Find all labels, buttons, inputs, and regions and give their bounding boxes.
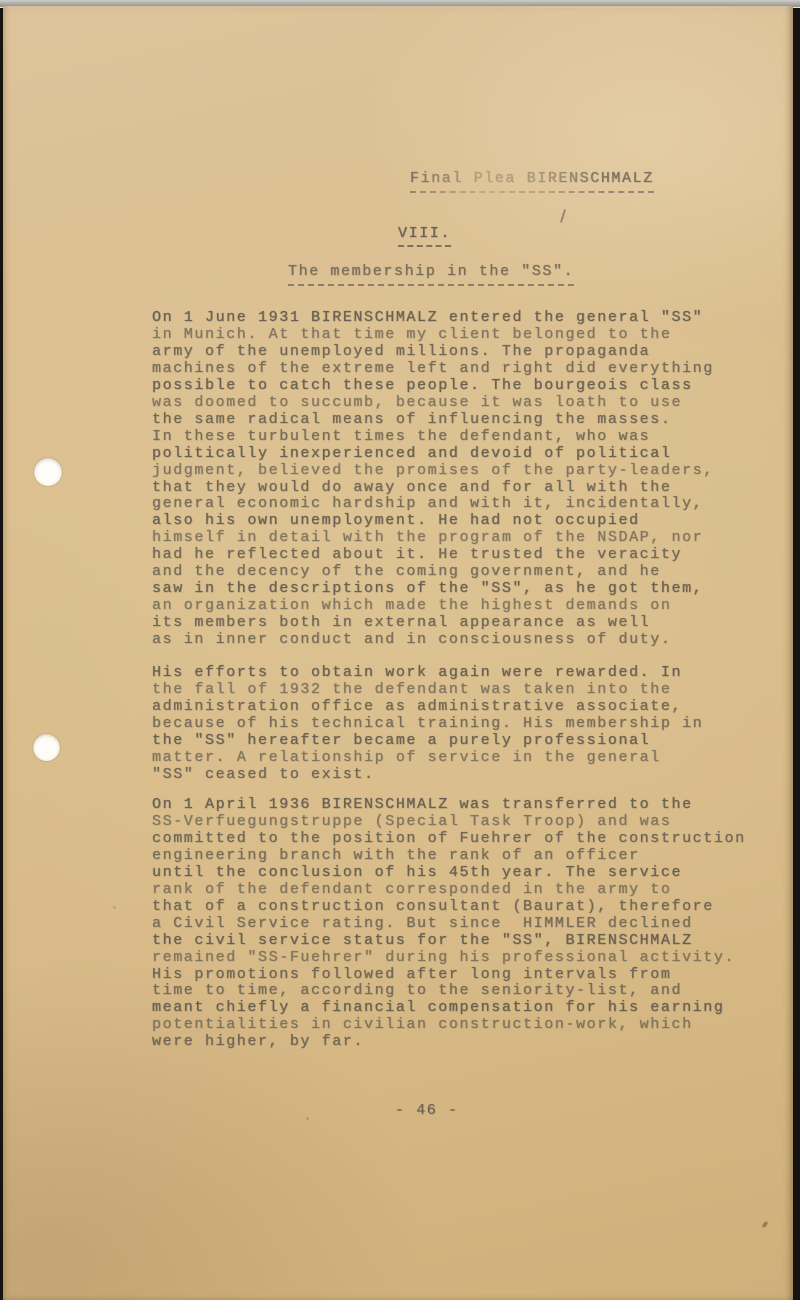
paragraph-efforts: His efforts to obtain work again were re… [152,665,703,784]
text-line: was doomed to succumb, because it was lo… [152,395,714,412]
text-line: army of the unemployed millions. The pro… [152,344,714,361]
text-line: His promotions followed after long inter… [152,967,746,984]
paragraph-transfer: On 1 April 1936 BIRENSCHMALZ was transfe… [152,797,746,1051]
text-line: a Civil Service rating. But since HIMMLE… [152,916,746,933]
section-number: VIII. [398,225,451,247]
text-line: until the conclusion of his 45th year. T… [152,865,746,882]
text-line: had he reflected about it. He trusted th… [152,547,714,564]
text-line: committed to the position of Fuehrer of … [152,831,746,848]
paper-speck [113,906,116,909]
text-line: as in inner conduct and in consciousness… [152,632,714,649]
text-line: remained "SS-Fuehrer" during his profess… [152,950,746,967]
text-line: the same radical means of influencing th… [152,412,714,429]
page-number: - 46 - [395,1102,459,1119]
text-line: time to time, according to the seniority… [152,983,746,1000]
text-line: in Munich. At that time my client belong… [152,327,714,344]
text-line: potentialities in civilian construction-… [152,1017,746,1034]
text-line: that they would do away once and for all… [152,480,714,497]
text-line: engineering branch with the rank of an o… [152,848,746,865]
text-line: the "SS" hereafter became a purely profe… [152,733,703,750]
text-line: judgment, believed the promises of the p… [152,463,714,480]
text-line: possible to catch these people. The bour… [152,378,714,395]
document-header: Final Plea BIRENSCHMALZ [410,170,654,193]
paragraph-membership: On 1 June 1931 BIRENSCHMALZ entered the … [152,310,714,649]
punch-hole-top [34,458,62,486]
document-page: Final Plea BIRENSCHMALZ VIII. The member… [3,6,793,1300]
section-title: The membership in the "SS". [288,263,574,286]
paper-speck [306,1117,309,1120]
text-line: also his own unemployment. He had not oc… [152,513,714,530]
text-line: general economic hardship and with it, i… [152,496,714,513]
text-line: the fall of 1932 the defendant was taken… [152,682,703,699]
text-line: rank of the defendant corresponded in th… [152,882,746,899]
text-line: the civil service status for the "SS", B… [152,933,746,950]
text-line: On 1 June 1931 BIRENSCHMALZ entered the … [152,310,714,327]
punch-hole-bottom [33,734,60,761]
paper-speck [761,1221,769,1229]
text-line: SS-Verfuegungstruppe (Special Task Troop… [152,814,746,831]
text-line: because of his technical training. His m… [152,716,703,733]
text-line: On 1 April 1936 BIRENSCHMALZ was transfe… [152,797,746,814]
text-line: and the decency of the coming government… [152,564,714,581]
text-line: its members both in external appearance … [152,615,714,632]
text-line: politically inexperienced and devoid of … [152,446,714,463]
text-line: administration office as administrative … [152,699,703,716]
text-line: himself in detail with the program of th… [152,530,714,547]
text-line: machines of the extreme left and right d… [152,361,714,378]
text-line: meant chiefly a financial compensation f… [152,1000,746,1017]
scan-background: { "document": { "header": "Final Plea BI… [0,0,800,1300]
text-line: In these turbulent times the defendant, … [152,429,714,446]
text-line: matter. A relationship of service in the… [152,750,703,767]
text-line: an organization which made the highest d… [152,598,714,615]
text-line: His efforts to obtain work again were re… [152,665,703,682]
text-line: "SS" ceased to exist. [152,767,703,784]
text-line: saw in the descriptions of the "SS", as … [152,581,714,598]
pen-mark [560,209,566,223]
text-line: were higher, by far. [152,1034,746,1051]
text-line: that of a construction consultant (Baura… [152,899,746,916]
